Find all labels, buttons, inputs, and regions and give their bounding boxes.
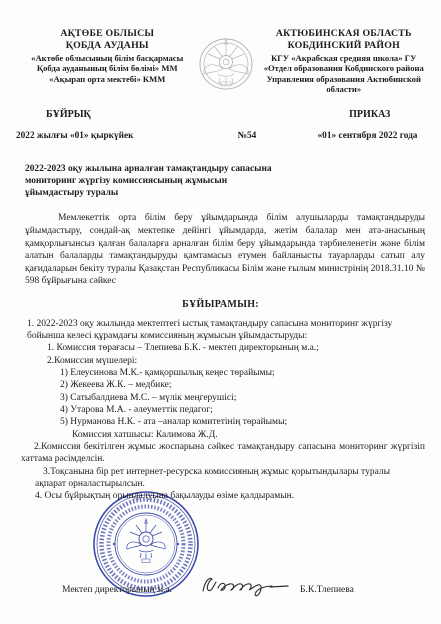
- order-item-3: 3.Тоқсанына бір рет интернет-ресурска ко…: [35, 466, 395, 491]
- order-title-row: БҰЙРЫҚ ПРИКАЗ: [0, 109, 441, 120]
- member-1: 1) Елеусинова М.К.- қамқоршылық кеңес тө…: [60, 367, 425, 379]
- scanned-order-document: АҚТӨБЕ ОБЛЫСЫ ҚОБДА АУДАНЫ «Актөбе облыс…: [0, 0, 441, 624]
- commission-members-label: 2.Комиссия мүшелері:: [47, 355, 425, 367]
- order-word-kazakh: БҰЙРЫҚ: [0, 109, 189, 120]
- district-name-kk: ҚОБДА АУДАНЫ: [22, 40, 193, 52]
- order-body: 1. 2022-2023 оқу жылында мектептегі ысты…: [27, 318, 425, 503]
- commission-chair: 1. Комиссия төрағасы – Тлепиева Б.К. - м…: [47, 342, 425, 354]
- order-preamble: Мемлекеттік орта білім беру ұйымдарында …: [25, 212, 425, 287]
- org-name-ru: КГУ «Акрабская средняя школа» ГУ «Отдел …: [259, 53, 430, 95]
- org-block-kazakh: АҚТӨБЕ ОБЛЫСЫ ҚОБДА АУДАНЫ «Актөбе облыс…: [22, 28, 193, 84]
- district-name-ru: КОБДИНСКИЙ РАЙОН: [259, 40, 430, 52]
- document-header: АҚТӨБЕ ОБЛЫСЫ ҚОБДА АУДАНЫ «Актөбе облыс…: [0, 0, 441, 95]
- order-item-1: 1. 2022-2023 оқу жылында мектептегі ысты…: [27, 318, 425, 343]
- signature-row: Мектеп директорының м.а. Б.К.Тлепиева: [62, 573, 421, 608]
- order-number: №54: [212, 131, 282, 141]
- member-4: 4) Утарова М.А. - әлеуметтік педагог;: [60, 404, 425, 416]
- order-subject: 2022-2023 оқу жылына арналған тамақтанды…: [25, 163, 287, 200]
- commission-secretary: Комиссия хатшысы: Калимова Ж.Д.: [72, 429, 425, 441]
- member-3: 3) Сатыбалдиева М.С. – мүлік меңгерушісі…: [60, 392, 425, 404]
- order-word-russian: ПРИКАЗ: [189, 109, 441, 120]
- signer-position: Мектеп директорының м.а.: [62, 585, 172, 595]
- member-5: 5) Нурманова Н.К. - ата –аналар комитеті…: [60, 416, 425, 428]
- order-date-russian: «01» сентября 2022 года: [282, 131, 441, 141]
- order-date-row: 2022 жылғы «01» қыркүйек №54 «01» сентяб…: [0, 131, 441, 141]
- order-item-2: 2.Комиссия бекітілген жұмыс жоспарына сә…: [21, 441, 425, 466]
- order-date-kazakh: 2022 жылғы «01» қыркүйек: [0, 131, 212, 141]
- order-heading: БҰЙЫРАМЫН:: [0, 299, 441, 310]
- kazakhstan-emblem-icon: [193, 28, 259, 94]
- region-name-kk: АҚТӨБЕ ОБЛЫСЫ: [22, 28, 193, 40]
- order-item-4: 4. Осы бұйрықтың орындалуына бақылауды ө…: [27, 490, 425, 502]
- org-block-russian: АКТЮБИНСКАЯ ОБЛАСТЬ КОБДИНСКИЙ РАЙОН КГУ…: [259, 28, 430, 95]
- signature-area: Мектеп директорының м.а. Б.К.Тлепиева: [0, 503, 441, 623]
- signer-name: Б.К.Тлепиева: [300, 585, 354, 595]
- member-2: 2) Жекеева Ж.К. – медбике;: [60, 379, 425, 391]
- org-name-kk: «Актөбе облысының білім басқармасы Қобда…: [22, 53, 193, 84]
- handwritten-signature-icon: [200, 573, 292, 602]
- region-name-ru: АКТЮБИНСКАЯ ОБЛАСТЬ: [259, 28, 430, 40]
